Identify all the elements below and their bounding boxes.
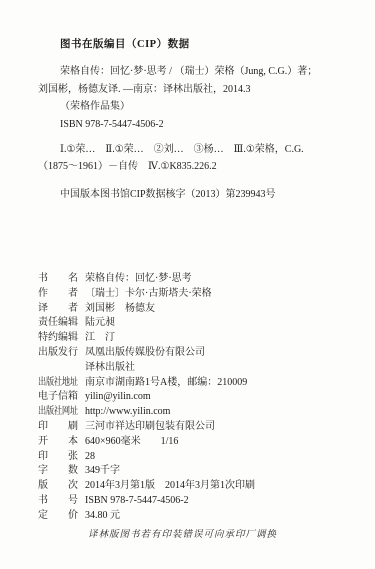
cip-classification: Ⅰ.①荣… Ⅱ.①荣… ②刘… ③杨… Ⅲ.①荣格，C.G. （1875～196…	[38, 141, 347, 175]
colophon-row-edition: 版 次2014年3月第1版 2014年3月第1次印刷	[38, 479, 347, 494]
row-value: 刘国彬 杨德友	[85, 303, 155, 314]
colophon-row-format: 开 本640×960毫米 1/16	[38, 435, 347, 450]
row-value: 349千字	[85, 465, 120, 476]
row-value: 凤凰出版传媒股份有限公司	[85, 347, 205, 358]
row-value: http://www.yilin.com	[85, 406, 170, 417]
row-label: 书 名	[38, 272, 85, 287]
row-value: 陆元昶	[85, 317, 115, 328]
row-label: 译 者	[38, 302, 85, 317]
row-label: 开 本	[38, 435, 85, 450]
row-value: 34.80 元	[85, 510, 120, 521]
row-label: 出版社网址	[38, 405, 77, 420]
row-value: 江 汀	[85, 332, 115, 343]
row-label: 特约编辑	[38, 331, 85, 346]
cip-title-author-line: 荣格自传：回忆·梦·思考 / （瑞士）荣格（Jung, C.G.）著；	[38, 63, 347, 81]
row-label: 书 号	[38, 494, 85, 509]
colophon-row-email: 电子信箱yilin@yilin.com	[38, 390, 347, 405]
colophon-row-translator: 译 者刘国彬 杨德友	[38, 302, 347, 317]
colophon-row-publisher-line2: 译林出版社	[38, 361, 347, 376]
row-label: 印 张	[38, 450, 85, 465]
row-label: 出版社地址	[38, 376, 77, 391]
row-value: 译林出版社	[85, 362, 135, 373]
colophon-row-author: 作 者〔瑞士〕卡尔·古斯塔夫·荣格	[38, 287, 347, 302]
misprint-exchange-note: 译林版图书若有印装错误可向承印厂调换	[88, 526, 347, 540]
cip-isbn-line: ISBN 978-7-5447-4506-2	[38, 116, 347, 134]
colophon-row-price: 定 价34.80 元	[38, 509, 347, 524]
cip-class-line1: Ⅰ.①荣… Ⅱ.①荣… ②刘… ③杨… Ⅲ.①荣格，C.G.	[38, 141, 347, 158]
colophon-row-printer: 印 刷三河市祥达印刷包装有限公司	[38, 420, 347, 435]
row-label: 出版发行	[38, 346, 85, 361]
cip-heading: 图书在版编目（CIP）数据	[60, 36, 347, 51]
row-label: 版 次	[38, 479, 85, 494]
book-copyright-page: 图书在版编目（CIP）数据 荣格自传：回忆·梦·思考 / （瑞士）荣格（Jung…	[0, 0, 375, 569]
row-value: 三河市祥达印刷包装有限公司	[85, 421, 215, 432]
row-value: 荣格自传：回忆·梦·思考	[85, 273, 192, 284]
colophon-row-title: 书 名荣格自传：回忆·梦·思考	[38, 272, 347, 287]
colophon-row-publisher-address: 出版社地址南京市湖南路1号A楼，邮编：210009	[38, 376, 347, 391]
colophon-row-website: 出版社网址http://www.yilin.com	[38, 405, 347, 420]
row-value: 640×960毫米 1/16	[85, 436, 178, 447]
cip-class-line2: （1875～1961）－自传 Ⅳ.①K835.226.2	[38, 158, 347, 175]
colophon-row-sheets: 印 张28	[38, 450, 347, 465]
colophon-table: 书 名荣格自传：回忆·梦·思考 作 者〔瑞士〕卡尔·古斯塔夫·荣格 译 者刘国彬…	[38, 272, 347, 524]
row-label: 作 者	[38, 287, 85, 302]
row-value: yilin@yilin.com	[85, 391, 151, 402]
cip-record-number: 中国版本图书馆CIP数据核字（2013）第239943号	[60, 185, 347, 200]
colophon-row-publisher: 出版发行凤凰出版传媒股份有限公司	[38, 346, 347, 361]
colophon-row-word-count: 字 数349千字	[38, 464, 347, 479]
row-value: ISBN 978-7-5447-4506-2	[85, 495, 189, 506]
row-label: 责任编辑	[38, 316, 85, 331]
row-value: 〔瑞士〕卡尔·古斯塔夫·荣格	[85, 288, 212, 299]
row-label: 电子信箱	[38, 390, 85, 405]
cip-bibliographic-entry: 荣格自传：回忆·梦·思考 / （瑞士）荣格（Jung, C.G.）著； 刘国彬，…	[38, 63, 347, 133]
row-label: 印 刷	[38, 420, 85, 435]
row-value: 2014年3月第1版 2014年3月第1次印刷	[85, 480, 255, 491]
colophon-row-editor: 责任编辑陆元昶	[38, 316, 347, 331]
row-label: 字 数	[38, 464, 85, 479]
row-value: 28	[85, 451, 95, 462]
cip-translator-publisher-line: 刘国彬，杨德友译. —南京：译林出版社，2014.3	[38, 81, 347, 99]
colophon-row-contributing-editor: 特约编辑江 汀	[38, 331, 347, 346]
colophon-row-isbn: 书 号ISBN 978-7-5447-4506-2	[38, 494, 347, 509]
cip-series-line: （荣格作品集）	[38, 98, 347, 116]
row-label: 定 价	[38, 509, 85, 524]
row-value: 南京市湖南路1号A楼，邮编：210009	[85, 377, 247, 388]
